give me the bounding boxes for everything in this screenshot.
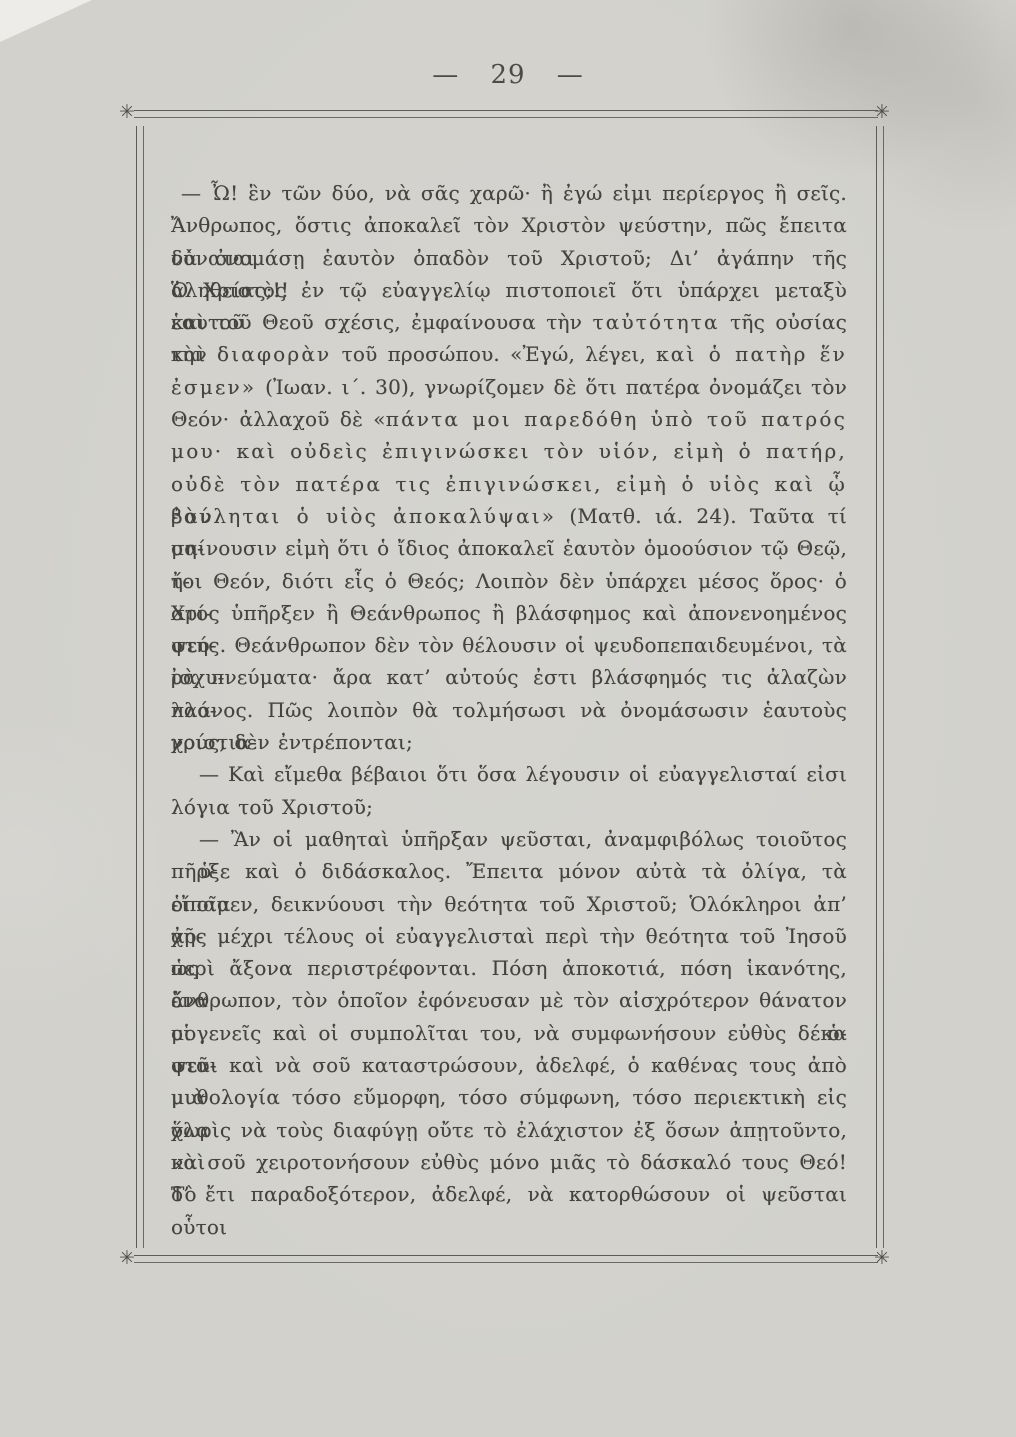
text-segment: καὶ τοῦ Θεοῦ σχέσις, ἐμφαίνουσα τὴν <box>171 310 592 334</box>
text-line-13: τοι Θεόν, διότι εἷς ὁ Θεός; Λοιπὸν δὲν ὑ… <box>171 565 847 597</box>
text-segment: Θεόν· ἀλλαχοῦ δὲ « <box>171 407 386 431</box>
text-line-16: ρὰ πνεύματα· ἄρα κατ’ αὐτούς ἐστι βλάσφη… <box>171 661 847 693</box>
text-block: — Ὦ! ἓν τῶν δύο, νὰ σᾶς χαρῶ· ἢ ἐγώ εἰμι… <box>171 177 847 1211</box>
text-line-6: τὴν διαφορὰν τοῦ προσώπου. «Ἐγώ, λέγει, … <box>171 338 847 370</box>
text-segment: δ’ ἔτι παραδοξότερον, ἀδελφέ, νὰ κατορθώ… <box>171 1182 847 1238</box>
text-line-32: δ’ ἔτι παραδοξότερον, ἀδελφέ, νὰ κατορθώ… <box>171 1178 847 1210</box>
text-line-14: στος ὑπῆρξεν ἢ Θεάνθρωπος ἢ βλάσφημος κα… <box>171 597 847 629</box>
frame-rule-left <box>136 126 144 1248</box>
text-line-11: βούληται ὁ υἱὸς ἀποκαλύψαι» (Ματθ. ιά. 2… <box>171 500 847 532</box>
text-line-7: ἐσμεν» (Ἰωαν. ι΄. 30), γνωρίζομεν δὲ ὅτι… <box>171 371 847 403</box>
text-line-10: οὐδὲ τὸν πατέρα τις ἐπιγινώσκει, εἰμὴ ὁ … <box>171 468 847 500</box>
text-line-20: λόγια τοῦ Χριστοῦ; <box>171 791 847 823</box>
spaced-text-segment: βούληται ὁ υἱὸς ἀποκαλύψαι» <box>171 504 556 528</box>
text-line-5: καὶ τοῦ Θεοῦ σχέσις, ἐμφαίνουσα τὴν ταὐτ… <box>171 306 847 338</box>
spaced-text-segment: καὶ ὁ πατὴρ ἕν <box>656 342 847 366</box>
text-line-23: εἴπαμεν, δεικνύουσι τὴν θεότητα τοῦ Χρισ… <box>171 888 847 920</box>
text-line-1: — Ὦ! ἓν τῶν δύο, νὰ σᾶς χαρῶ· ἢ ἐγώ εἰμι… <box>171 177 847 209</box>
text-line-26: ἄνθρωπον, τὸν ὁποῖον ἐφόνευσαν μὲ τὸν αἰ… <box>171 984 847 1016</box>
text-line-24: χῆς μέχρι τέλους οἱ εὐαγγελισταὶ περὶ τὴ… <box>171 920 847 952</box>
spaced-text-segment: μου· καὶ οὐδεὶς ἐπιγινώσκει τὸν υἱόν, εἰ… <box>171 439 847 463</box>
text-segment: νούς; δὲν ἐντρέπονται; <box>171 730 413 754</box>
text-line-21: — Ἂν οἱ μαθηταὶ ὑπῆρξαν ψεῦσται, ἀναμφιβ… <box>171 823 847 855</box>
text-line-27: μογενεῖς καὶ οἱ συμπολῖται του, νὰ συμφω… <box>171 1017 847 1049</box>
text-segment: (Ἰωαν. ι΄. 30), γνωρίζομεν δὲ ὅτι πατέρα… <box>256 375 847 399</box>
scan-edge-artifact <box>0 0 92 42</box>
text-segment: τοῦ προσώπου. «Ἐγώ, λέγει, <box>331 342 656 366</box>
spaced-text-segment: διαφορὰν <box>217 342 331 366</box>
text-line-28: σται καὶ νὰ σοῦ καταστρώσουν, ἀδελφέ, ὁ … <box>171 1049 847 1081</box>
text-segment: τὴν <box>171 342 217 366</box>
spaced-text-segment: πάντα μοι παρεδόθη ὑπὸ τοῦ πατρός <box>386 407 847 431</box>
text-segment: — Ὦ! ἓν τῶν δύο, νὰ σᾶς χαρῶ· ἢ ἐγώ εἰμι… <box>181 181 847 205</box>
text-line-31: νὰ σοῦ χειροτονήσουν εὐθὺς μόνο μιᾶς τὸ … <box>171 1146 847 1178</box>
text-line-15: στης. Θεάνθρωπον δὲν τὸν θέλουσιν οἱ ψευ… <box>171 629 847 661</box>
text-line-2: Ἄνθρωπος, ὅστις ἀποκαλεῖ τὸν Χριστὸν ψεύ… <box>171 209 847 241</box>
frame-rule-top <box>134 110 878 118</box>
text-line-25: περὶ ἄξονα περιστρέφονται. Πόση ἀποκοτιά… <box>171 952 847 984</box>
text-line-17: πλάνος. Πῶς λοιπὸν θὰ τολμήσωσι νὰ ὀνομά… <box>171 694 847 726</box>
text-line-9: μου· καὶ οὐδεὶς ἐπιγινώσκει τὸν υἱόν, εἰ… <box>171 435 847 467</box>
text-line-3: νὰ ὀνομάσῃ ἑαυτὸν ὀπαδὸν τοῦ Χριστοῦ; Δι… <box>171 242 847 274</box>
text-segment: — Καὶ εἴμεθα βέβαιοι ὅτι ὅσα λέγουσιν οἱ… <box>199 762 847 786</box>
spaced-text-segment: ταὐτότητα <box>592 310 719 334</box>
text-line-29: μυθολογία τόσο εὔμορφη, τόσο σύμφωνη, τό… <box>171 1081 847 1113</box>
text-line-12: μαίνουσιν εἰμὴ ὅτι ὁ ἴδιος ἀποκαλεῖ ἑαυτ… <box>171 532 847 564</box>
text-line-19: — Καὶ εἴμεθα βέβαιοι ὅτι ὅσα λέγουσιν οἱ… <box>171 758 847 790</box>
text-line-8: Θεόν· ἀλλαχοῦ δὲ «πάντα μοι παρεδόθη ὑπὸ… <box>171 403 847 435</box>
frame-rule-right <box>876 126 884 1248</box>
page-number: — 29 — <box>0 60 1016 90</box>
frame-rule-bottom <box>134 1255 878 1263</box>
spaced-text-segment: ἐσμεν» <box>171 375 256 399</box>
text-line-18: νούς; δὲν ἐντρέπονται; <box>171 726 847 758</box>
text-line-22: πῆρξε καὶ ὁ διδάσκαλος. Ἔπειτα μόνον αὐτ… <box>171 855 847 887</box>
text-segment: λόγια τοῦ Χριστοῦ; <box>171 795 373 819</box>
asterisk-ornament-icon: ✳ <box>116 1247 138 1269</box>
asterisk-ornament-icon: ✳ <box>871 1247 893 1269</box>
asterisk-ornament-icon: ✳ <box>116 101 138 123</box>
text-line-30: χωρὶς νὰ τοὺς διαφύγῃ οὔτε τὸ ἐλάχιστον … <box>171 1114 847 1146</box>
asterisk-ornament-icon: ✳ <box>871 101 893 123</box>
text-line-4: Ὁ Χριστὸς ἐν τῷ εὐαγγελίῳ πιστοποιεῖ ὅτι… <box>171 274 847 306</box>
